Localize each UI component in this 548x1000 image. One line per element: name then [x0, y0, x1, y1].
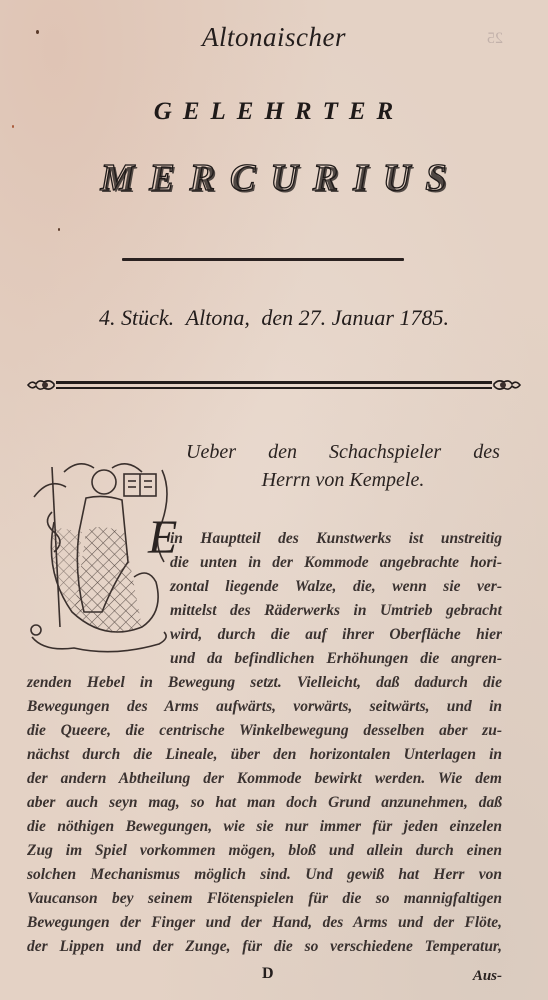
- text-line: solchen Mechanismus möglich sind. Und ge…: [27, 866, 502, 884]
- text-line: Bewegungen der Finger und der Hand, des …: [27, 914, 502, 932]
- text-line: aber auch seyn mag, so hat man doch Grun…: [27, 794, 502, 812]
- issue-date: den 27. Januar 1785.: [261, 305, 449, 330]
- text-line: zenden Hebel in Bewegung setzt. Vielleic…: [27, 674, 502, 692]
- article-title-line2: Herrn von Kempele.: [178, 466, 508, 494]
- rule-thick-line: [56, 381, 492, 384]
- issue-number: 4. Stück.: [99, 305, 174, 330]
- rule-thin-line: [56, 387, 492, 389]
- article-title-line1: Ueber den Schachspieler des: [178, 438, 508, 466]
- catchword: Aus-: [473, 968, 502, 985]
- text-line: zontal liegende Walze, die, wenn sie ver…: [170, 578, 502, 596]
- masthead-kicker: Altonaischer: [0, 22, 548, 53]
- text-line: die nöthigen Bewegungen, wie sie nur imm…: [27, 818, 502, 836]
- text-line: und da befindlichen Erhöhungen die angre…: [170, 650, 502, 668]
- article-title: Ueber den Schachspieler des Herrn von Ke…: [178, 438, 508, 494]
- ornament-finial-icon: [492, 376, 522, 394]
- document-page: 25 Altonaischer GELEHRTER MERCURIUS 4. S…: [0, 0, 548, 1000]
- text-line: nächst durch die Lineale, über den horiz…: [27, 746, 502, 764]
- ornament-finial-icon: [26, 376, 56, 394]
- text-line: in Hauptteil des Kunstwerks ist unstreit…: [170, 530, 502, 548]
- text-line: mittelst des Räderwerks in Umtrieb gebra…: [170, 602, 502, 620]
- masthead-title-line1: GELEHRTER: [0, 98, 548, 126]
- signature-mark: D: [262, 965, 274, 983]
- divider-rule: [122, 258, 404, 261]
- text-line: die Queere, die centrische Winkelbewegun…: [27, 722, 502, 740]
- ornamental-rule: [26, 378, 522, 392]
- issue-line: 4. Stück. Altona, den 27. Januar 1785.: [0, 305, 548, 331]
- masthead-title-line2: MERCURIUS: [0, 156, 548, 200]
- text-line: Vaucanson bey seinem Flötenspielen für d…: [27, 890, 502, 908]
- text-line: die unten in der Kommode angebrachte hor…: [170, 554, 502, 572]
- text-line: der andern Abtheilung der Kommode bewirk…: [27, 770, 502, 788]
- text-line: Bewegungen des Arms aufwärts, vorwärts, …: [27, 698, 502, 716]
- text-line: wird, durch die auf ihrer Oberfläche hie…: [170, 626, 502, 644]
- text-line: Zug im Spiel vorkommen mögen, bloß und a…: [27, 842, 502, 860]
- issue-place: Altona,: [186, 305, 250, 330]
- text-line: der Lippen und der Zunge, für die so ver…: [27, 938, 502, 956]
- paper-speck: [58, 228, 60, 231]
